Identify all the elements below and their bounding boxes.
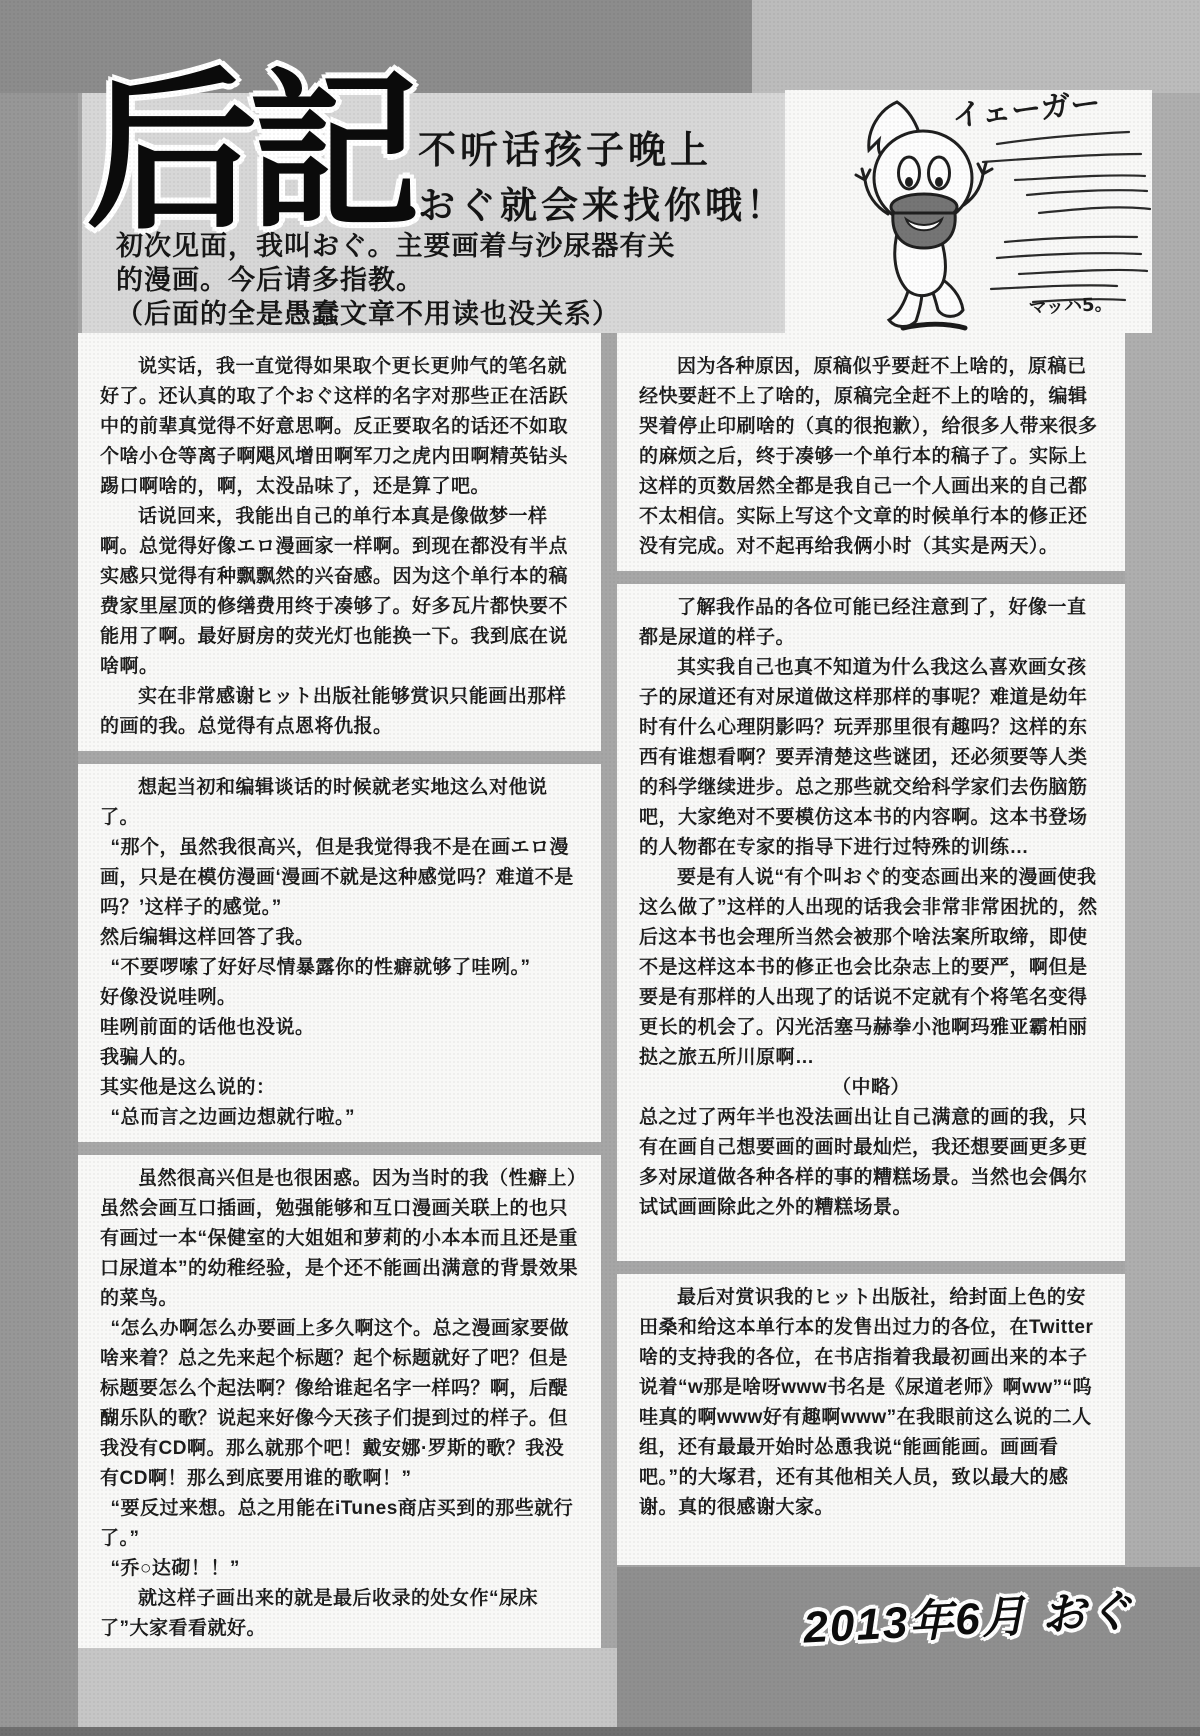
paragraph: “怎么办啊怎么办要画上多久啊这个。总之漫画家要做啥来着？总之先来起个标题？起个标…: [100, 1314, 579, 1494]
intro-text: 初次见面，我叫おぐ。主要画着与沙尿器有关 的漫画。今后请多指教。 （后面的全是愚…: [116, 229, 776, 331]
mascot-doodle-illustration: イェーガー マッハ5。: [785, 90, 1152, 333]
paragraph: 我骗人的。: [100, 1043, 579, 1073]
paragraph: “那个，虽然我很高兴，但是我觉得我不是在画エロ漫画，只是在模仿漫画‘漫画不就是这…: [100, 833, 579, 923]
right-column-text: 因为各种原因，原稿似乎要赶不上啥的，原稿已经快要赶不上了啥的，原稿完全赶不上的啥…: [617, 333, 1125, 1565]
paragraph: “不要啰嗦了好好尽情暴露你的性癖就够了哇咧。”: [100, 953, 579, 983]
sfx-mach5-text: マッハ5。: [1028, 294, 1113, 319]
signature-text: 2013年6月 おぐ: [802, 1574, 1135, 1655]
speed-lines: [983, 132, 1150, 302]
tagline-line-2: おぐ就会来找你哦！: [418, 175, 787, 229]
afterword-title-calligraphy: 后記: [86, 67, 410, 239]
paragraph: （中略）: [639, 1073, 1103, 1103]
right-column-panel: 因为各种原因，原稿似乎要赶不上啥的，原稿已经快要赶不上了啥的，原稿完全赶不上的啥…: [617, 333, 1125, 1565]
paragraph: 实在非常感谢ヒット出版社能够赏识只能画出那样的画的我。总觉得有点恩将仇报。: [100, 682, 579, 742]
paragraph: 虽然很高兴但是也很困惑。因为当时的我（性癖上）虽然会画互口插画，勉强能够和互口漫…: [100, 1164, 579, 1314]
bottom-left-area: [78, 1648, 617, 1736]
paragraph: “总而言之边画边想就行啦。”: [100, 1103, 579, 1133]
section-divider: [78, 751, 601, 764]
paragraph: 想起当初和编辑谈话的时候就老实地这么对他说了。: [100, 773, 579, 833]
paragraph: 要是有人说“有个叫おぐ的变态画出来的漫画使我这么做了”这样的人出现的话我会非常非…: [639, 863, 1103, 1073]
paragraph: 最后对赏识我的ヒット出版社，给封面上色的安田桑和给这本单行本的发售出过力的各位，…: [639, 1283, 1103, 1523]
paragraph: “乔○达砌！！”: [100, 1554, 579, 1584]
paragraph: 了解我作品的各位可能已经注意到了，好像一直都是尿道的样子。: [639, 593, 1103, 653]
paragraph: 总之过了两年半也没法画出让自己满意的画的我，只有在画自己想要画的画时最灿烂，我还…: [639, 1103, 1103, 1223]
section-divider: [617, 1261, 1125, 1274]
mascot-pupil-right: [935, 177, 943, 187]
paragraph: “要反过来想。总之用能在iTunes商店买到的那些就行了。”: [100, 1494, 579, 1554]
section-divider: [78, 1142, 601, 1155]
bottom-edge-shadow: [0, 1727, 1200, 1736]
paragraph: 说实话，我一直觉得如果取个更长更帅气的笔名就好了。还认真的取了个おぐ这样的名字对…: [100, 352, 579, 502]
top-right-band: [752, 0, 1200, 93]
paragraph: 因为各种原因，原稿似乎要赶不上啥的，原稿已经快要赶不上了啥的，原稿完全赶不上的啥…: [639, 352, 1103, 562]
sfx-yeager-text: イェーガー: [951, 90, 1102, 134]
doodle-panel: イェーガー マッハ5。: [785, 90, 1152, 333]
paragraph: 哇咧前面的话他也没说。: [100, 1013, 579, 1043]
left-column-panel: 说实话，我一直觉得如果取个更长更帅气的笔名就好了。还认真的取了个おぐ这样的名字对…: [78, 333, 601, 1648]
paragraph: 然后编辑这样回答了我。: [100, 923, 579, 953]
paragraph: 就这样子画出来的就是最后收录的处女作“尿床了”大家看看就好。: [100, 1584, 579, 1644]
manga-afterword-page: 后記 不听话孩子晚上 おぐ就会来找你哦！ 初次见面，我叫おぐ。主要画着与沙尿器有…: [0, 0, 1200, 1736]
tagline-line-1: 不听话孩子晚上: [418, 119, 712, 174]
mascot-pupil-left: [905, 177, 913, 187]
paragraph: 好像没说哇咧。: [100, 983, 579, 1013]
left-edge-strip: [0, 93, 78, 1736]
left-column-text: 说实话，我一直觉得如果取个更长更帅气的笔名就好了。还认真的取了个おぐ这样的名字对…: [78, 333, 601, 1648]
title-panel: 后記 不听话孩子晚上 おぐ就会来找你哦！ 初次见面，我叫おぐ。主要画着与沙尿器有…: [82, 93, 785, 333]
paragraph: 话说回来，我能出自己的单行本真是像做梦一样啊。总觉得好像エロ漫画家一样啊。到现在…: [100, 502, 579, 682]
paragraph: 其实他是这么说的：: [100, 1073, 579, 1103]
section-divider: [617, 571, 1125, 584]
signature-band: 2013年6月 おぐ: [617, 1567, 1200, 1736]
paragraph: 其实我自己也真不知道为什么我这么喜欢画女孩子的尿道还有对尿道做这样那样的事呢？难…: [639, 653, 1103, 863]
